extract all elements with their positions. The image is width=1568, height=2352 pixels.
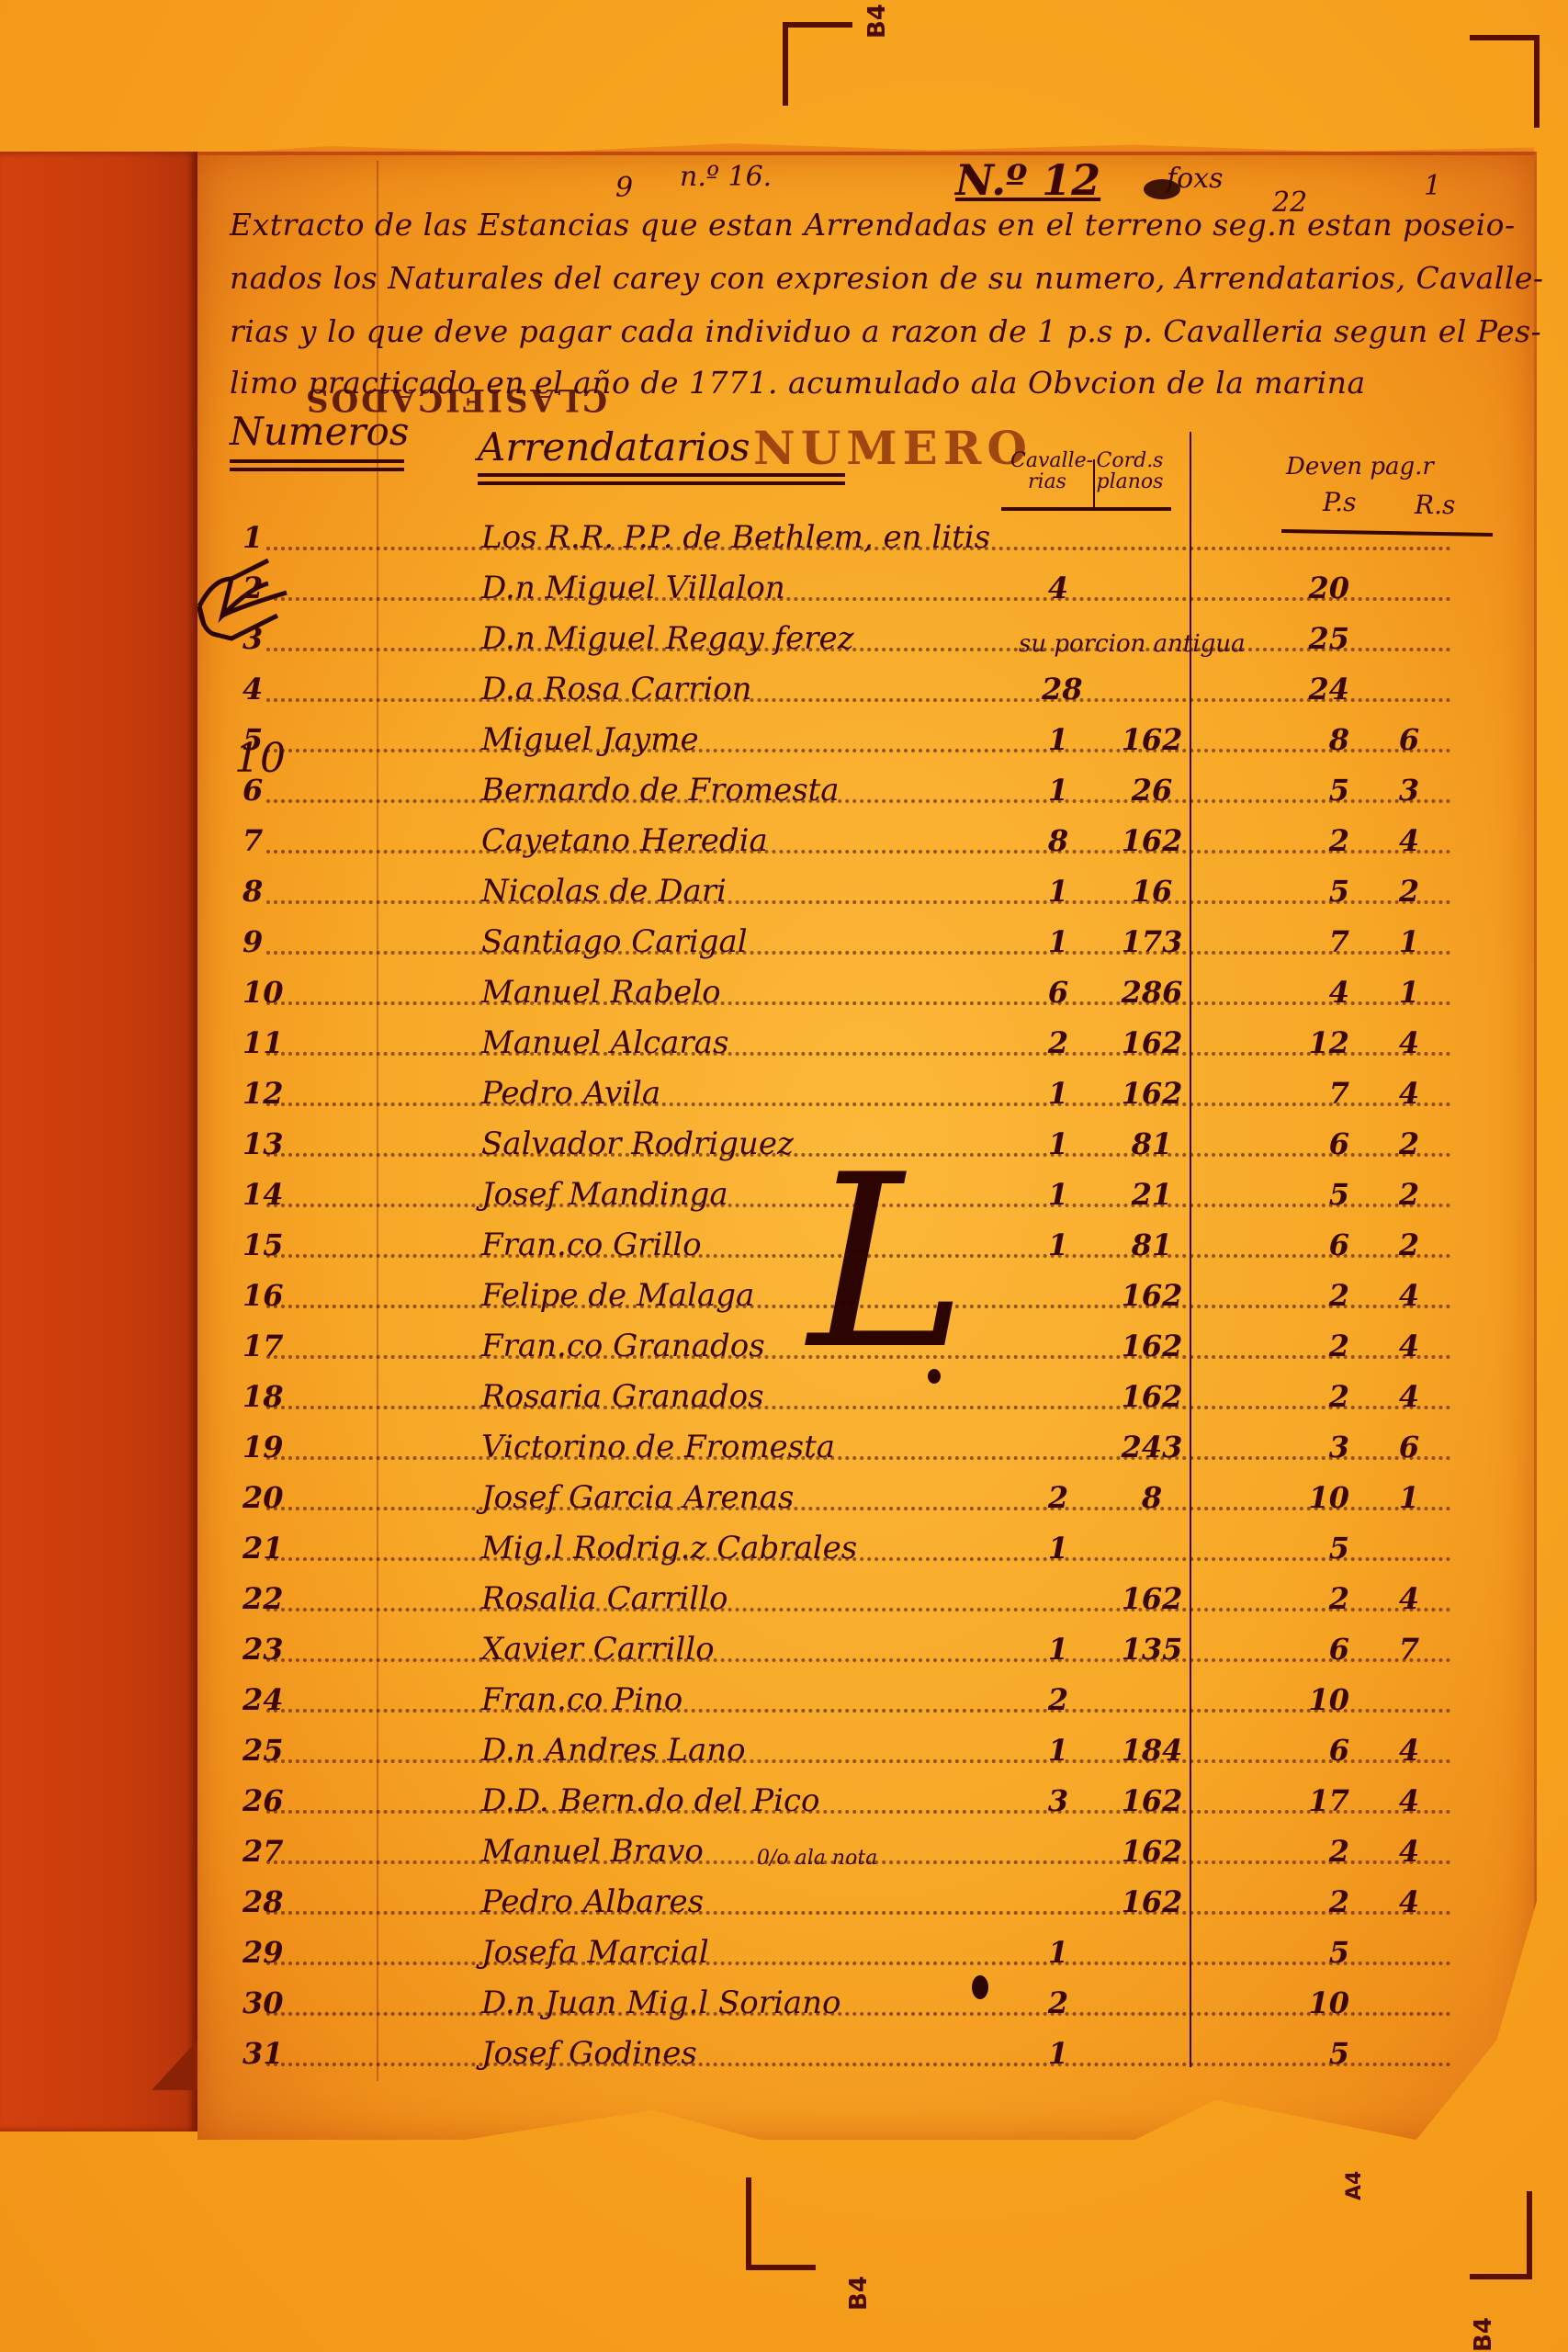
row-number: 22 [239, 1580, 288, 1617]
row-number: 27 [239, 1833, 288, 1870]
row-reales: 6 [1387, 721, 1431, 758]
row-name: Cayetano Heredia [478, 822, 772, 859]
row-cavallerias: 6 [1038, 974, 1078, 1011]
row-cordeles: 162 [1107, 1782, 1197, 1819]
binding-cover [0, 152, 197, 2131]
table-row: 27 Manuel Bravo 0/o ala nota 162 2 4 [230, 1833, 1451, 1879]
table-row: 17 Fran.co Granados 162 2 4 [230, 1328, 1451, 1374]
row-cavallerias: 1 [1038, 1125, 1078, 1162]
row-pesos: 10 [1291, 1681, 1353, 1718]
row-number: 2 [239, 570, 266, 606]
row-number: 12 [239, 1075, 288, 1112]
row-cavallerias: 2 [1038, 1024, 1078, 1061]
table-row: 16 Felipe de Malaga 162 2 4 [230, 1277, 1451, 1323]
row-name: Nicolas de Dari [478, 873, 730, 910]
row-reales: 1 [1387, 923, 1431, 960]
row-number: 26 [239, 1782, 288, 1819]
row-number: 13 [239, 1125, 288, 1162]
table-row: 12 Pedro Avila 1 162 7 4 [230, 1075, 1451, 1121]
row-cavallerias: 1 [1038, 1631, 1078, 1668]
row-name: Manuel Bravo [478, 1833, 707, 1870]
row-pesos: 7 [1291, 1075, 1353, 1112]
row-name: Pedro Albares [478, 1883, 707, 1920]
row-note: 0/o ala nota [753, 1840, 881, 1877]
row-cordeles: 162 [1107, 1378, 1197, 1415]
row-reales: 4 [1387, 1328, 1431, 1364]
column-header-arrendatarios: Arrendatarios [478, 427, 750, 468]
row-name: Josef Godines [478, 2035, 701, 2072]
row-reales: 2 [1387, 1176, 1431, 1213]
row-name: Salvador Rodriguez [478, 1125, 797, 1162]
folio-number-ref: n.º 16. [680, 161, 772, 193]
row-cavallerias: 1 [1038, 1227, 1078, 1263]
row-name: D.n Juan Mig.l Soriano [478, 1984, 845, 2021]
row-number: 4 [239, 671, 266, 707]
row-reales: 3 [1387, 772, 1431, 808]
table-row: 4 D.a Rosa Carrion 28 24 [230, 671, 1451, 717]
row-pesos: 2 [1291, 1833, 1353, 1870]
row-cavallerias: 4 [1038, 570, 1078, 606]
row-cavallerias: 1 [1038, 923, 1078, 960]
row-number: 29 [239, 1934, 288, 1971]
column-header-pesos: P.s [1323, 489, 1356, 515]
ink-blot-header [1144, 179, 1180, 199]
row-number: 14 [239, 1176, 288, 1213]
row-cordeles: 135 [1107, 1631, 1197, 1668]
row-number: 20 [239, 1479, 288, 1516]
row-reales: 4 [1387, 1732, 1431, 1769]
row-cordeles: 162 [1107, 1883, 1197, 1920]
row-number: 15 [239, 1227, 288, 1263]
row-reales: 1 [1387, 1479, 1431, 1516]
table-row: 29 Josefa Marcial 1 5 [230, 1934, 1451, 1980]
column-header-deven-pagar: Deven pag.r [1286, 455, 1434, 480]
row-cavallerias: 1 [1038, 1934, 1078, 1971]
row-cavallerias: 2 [1038, 1479, 1078, 1516]
table-row: 21 Mig.l Rodrig.z Cabrales 1 5 [230, 1530, 1451, 1576]
row-pesos: 2 [1291, 1883, 1353, 1920]
row-name: Los R.R. P.P. de Bethlem, en litis [478, 519, 994, 556]
row-cavallerias: 1 [1038, 772, 1078, 808]
row-cavallerias: 1 [1038, 873, 1078, 910]
folio-main-number: N.º 12 [955, 155, 1100, 205]
row-pesos: 6 [1291, 1631, 1353, 1668]
row-cordeles: 162 [1107, 1328, 1197, 1364]
cavallerias-cordeles-underline [1001, 507, 1171, 511]
row-pesos: 3 [1291, 1429, 1353, 1465]
table-row: 22 Rosalia Carrillo 162 2 4 [230, 1580, 1451, 1626]
row-reales: 1 [1387, 974, 1431, 1011]
row-reales: 6 [1387, 1429, 1431, 1465]
column-rule-cordeles [1093, 459, 1095, 510]
row-pesos: 5 [1291, 1176, 1353, 1213]
table-row: 20 Josef Garcia Arenas 2 8 10 1 [230, 1479, 1451, 1525]
intro-line-2: nados los Naturales del carey con expres… [230, 260, 1544, 296]
row-pesos: 2 [1291, 1378, 1353, 1415]
row-name: D.n Miguel Regay ferez [478, 620, 857, 657]
row-pesos: 10 [1291, 1479, 1353, 1516]
row-name: Victorino de Fromesta [478, 1429, 839, 1465]
table-row: 28 Pedro Albares 162 2 4 [230, 1883, 1451, 1929]
crop-label-bottom-right: B4 [1470, 2317, 1497, 2352]
row-pesos: 6 [1291, 1125, 1353, 1162]
row-reales: 4 [1387, 1580, 1431, 1617]
row-pesos: 20 [1291, 570, 1353, 606]
row-cordeles: 243 [1107, 1429, 1197, 1465]
stamp-numero: NUMERO [753, 421, 1032, 475]
row-pesos: 8 [1291, 721, 1353, 758]
column-header-cordeles: Cord.s planos [1093, 450, 1167, 492]
row-pesos: 7 [1291, 923, 1353, 960]
row-cavallerias: 1 [1038, 1075, 1078, 1112]
row-name: Manuel Rabelo [478, 974, 725, 1011]
row-cavallerias: 2 [1038, 1984, 1078, 2021]
row-cavallerias: 28 [1038, 671, 1078, 707]
page-corner-label: A4 [1343, 2171, 1366, 2200]
row-pesos: 5 [1291, 1934, 1353, 1971]
row-reales: 2 [1387, 1125, 1431, 1162]
crop-mark-top-right [1470, 35, 1540, 128]
table-row: 6 Bernardo de Fromesta 1 26 5 3 [230, 772, 1451, 818]
row-cordeles: 162 [1107, 1580, 1197, 1617]
row-pesos: 2 [1291, 1328, 1353, 1364]
row-number: 3 [239, 620, 266, 657]
table-row: 14 Josef Mandinga 1 21 5 2 [230, 1176, 1451, 1222]
row-name: Josefa Marcial [478, 1934, 713, 1971]
crop-label-top-left: B4 [863, 4, 891, 39]
arrendatarios-underline [478, 473, 845, 485]
column-header-numeros: Numeros [230, 412, 409, 452]
row-pesos: 17 [1291, 1782, 1353, 1819]
crop-mark-bottom-right [1470, 2191, 1532, 2279]
row-name: D.D. Bern.do del Pico [478, 1782, 823, 1819]
row-number: 24 [239, 1681, 288, 1718]
row-name: Santiago Carigal [478, 923, 751, 960]
row-cavallerias: 2 [1038, 1681, 1078, 1718]
column-header-cavallerias: Cavalle-rias [1010, 450, 1084, 492]
row-reales: 2 [1387, 1227, 1431, 1263]
row-reales: 4 [1387, 1883, 1431, 1920]
table-row: 24 Fran.co Pino 2 10 [230, 1681, 1451, 1727]
row-cordeles: 81 [1107, 1125, 1197, 1162]
column-header-reales: R.s [1415, 492, 1455, 518]
row-number: 31 [239, 2035, 288, 2072]
row-number: 28 [239, 1883, 288, 1920]
intro-line-3: rias y lo que deve pagar cada individuo … [230, 313, 1541, 349]
row-number: 9 [239, 923, 266, 960]
row-reales: 7 [1387, 1631, 1431, 1668]
row-cavallerias: 1 [1038, 1176, 1078, 1213]
row-cordeles: 162 [1107, 1833, 1197, 1870]
row-pesos: 2 [1291, 1277, 1353, 1314]
row-name: Xavier Carrillo [478, 1631, 718, 1668]
crop-mark-top-left [783, 22, 852, 106]
table-row: 18 Rosaria Granados 162 2 4 [230, 1378, 1451, 1424]
row-number: 6 [239, 772, 266, 808]
row-name: Rosaria Granados [478, 1378, 768, 1415]
row-reales: 4 [1387, 822, 1431, 859]
crop-mark-bottom-left [746, 2177, 816, 2270]
row-name: D.a Rosa Carrion [478, 671, 756, 707]
row-cordeles: 26 [1107, 772, 1197, 808]
row-cordeles: 173 [1107, 923, 1197, 960]
row-pesos: 5 [1291, 772, 1353, 808]
table-row: 2 D.n Miguel Villalon 4 20 [230, 570, 1451, 616]
row-cavallerias: 3 [1038, 1782, 1078, 1819]
row-number: 23 [239, 1631, 288, 1668]
row-cordeles: 286 [1107, 974, 1197, 1011]
row-pesos: 6 [1291, 1227, 1353, 1263]
row-reales: 4 [1387, 1833, 1431, 1870]
crop-label-bottom-left: B4 [845, 2276, 873, 2311]
row-pesos: 5 [1291, 873, 1353, 910]
row-number: 19 [239, 1429, 288, 1465]
row-name: Mig.l Rodrig.z Cabrales [478, 1530, 861, 1566]
row-cavallerias: 1 [1038, 1530, 1078, 1566]
row-cavallerias: 8 [1038, 822, 1078, 859]
row-name: Josef Garcia Arenas [478, 1479, 797, 1516]
table-row: 9 Santiago Carigal 1 173 7 1 [230, 923, 1451, 969]
row-number: 7 [239, 822, 266, 859]
folio-left-ref: 9 [615, 172, 633, 204]
row-number: 25 [239, 1732, 288, 1769]
table-row: 7 Cayetano Heredia 8 162 2 4 [230, 822, 1451, 868]
row-pesos: 4 [1291, 974, 1353, 1011]
row-number: 30 [239, 1984, 288, 2021]
row-name: Fran.co Granados [478, 1328, 769, 1364]
row-name: Fran.co Pino [478, 1681, 686, 1718]
row-number: 17 [239, 1328, 288, 1364]
row-number: 21 [239, 1530, 288, 1566]
row-pesos: 6 [1291, 1732, 1353, 1769]
row-number: 8 [239, 873, 266, 910]
row-cordeles: 8 [1107, 1479, 1197, 1516]
row-name: Manuel Alcaras [478, 1024, 732, 1061]
row-cordeles: 16 [1107, 873, 1197, 910]
row-cordeles: 21 [1107, 1176, 1197, 1213]
intro-line-1: Extracto de las Estancias que estan Arre… [230, 207, 1516, 243]
row-cavallerias: 1 [1038, 1732, 1078, 1769]
row-name: Bernardo de Fromesta [478, 772, 843, 808]
table-row: 30 D.n Juan Mig.l Soriano 2 10 [230, 1984, 1451, 2030]
row-name: D.n Miguel Villalon [478, 570, 789, 606]
row-number: 5 [239, 721, 266, 758]
row-pesos: 10 [1291, 1984, 1353, 2021]
row-pesos: 25 [1291, 620, 1353, 657]
table-row: 3 D.n Miguel Regay ferez su porcion anti… [230, 620, 1451, 666]
row-reales: 4 [1387, 1075, 1431, 1112]
numeros-underline [230, 459, 404, 471]
row-name: Josef Mandinga [478, 1176, 732, 1213]
row-number: 18 [239, 1378, 288, 1415]
row-name: Felipe de Malaga [478, 1277, 758, 1314]
row-cordeles: 162 [1107, 1075, 1197, 1112]
row-reales: 4 [1387, 1277, 1431, 1314]
row-cordeles: 162 [1107, 822, 1197, 859]
table-row: 23 Xavier Carrillo 1 135 6 7 [230, 1631, 1451, 1677]
row-name: D.n Andres Lano [478, 1732, 750, 1769]
row-pesos: 5 [1291, 1530, 1353, 1566]
cover-corner-fold [152, 2035, 202, 2090]
table-row: 25 D.n Andres Lano 1 184 6 4 [230, 1732, 1451, 1778]
table-row: 10 Manuel Rabelo 6 286 4 1 [230, 974, 1451, 1020]
table-row: 8 Nicolas de Dari 1 16 5 2 [230, 873, 1451, 919]
row-number: 10 [239, 974, 288, 1011]
row-cordeles: 162 [1107, 721, 1197, 758]
row-name: Pedro Avila [478, 1075, 664, 1112]
table-row: 31 Josef Godines 1 5 [230, 2035, 1451, 2081]
row-cordeles: 184 [1107, 1732, 1197, 1769]
table-row: 26 D.D. Bern.do del Pico 3 162 17 4 [230, 1782, 1451, 1828]
table-row: 15 Fran.co Grillo 1 81 6 2 [230, 1227, 1451, 1272]
row-pesos: 24 [1291, 671, 1353, 707]
row-pesos: 12 [1291, 1024, 1353, 1061]
row-cavallerias: 1 [1038, 721, 1078, 758]
row-reales: 2 [1387, 873, 1431, 910]
row-cordeles: 162 [1107, 1024, 1197, 1061]
table-row: 1 Los R.R. P.P. de Bethlem, en litis [230, 519, 1451, 565]
row-number: 16 [239, 1277, 288, 1314]
row-number: 1 [239, 519, 266, 556]
folio-top-right: 1 [1424, 170, 1441, 202]
row-reales: 4 [1387, 1782, 1431, 1819]
row-cordeles: 162 [1107, 1277, 1197, 1314]
table-row: 19 Victorino de Fromesta 243 3 6 [230, 1429, 1451, 1475]
row-number: 11 [239, 1024, 288, 1061]
row-pesos: 2 [1291, 822, 1353, 859]
table-row: 5 Miguel Jayme 1 162 8 6 [230, 721, 1451, 767]
row-name: Rosalia Carrillo [478, 1580, 732, 1617]
row-cordeles: 81 [1107, 1227, 1197, 1263]
row-pesos: 2 [1291, 1580, 1353, 1617]
table-row: 13 Salvador Rodriguez 1 81 6 2 [230, 1125, 1451, 1171]
row-note: su porcion antigua [1015, 626, 1249, 662]
row-name: Fran.co Grillo [478, 1227, 705, 1263]
row-cavallerias: 1 [1038, 2035, 1078, 2072]
row-reales: 4 [1387, 1378, 1431, 1415]
row-name: Miguel Jayme [478, 721, 703, 758]
row-pesos: 5 [1291, 2035, 1353, 2072]
row-reales: 4 [1387, 1024, 1431, 1061]
table-row: 11 Manuel Alcaras 2 162 12 4 [230, 1024, 1451, 1070]
